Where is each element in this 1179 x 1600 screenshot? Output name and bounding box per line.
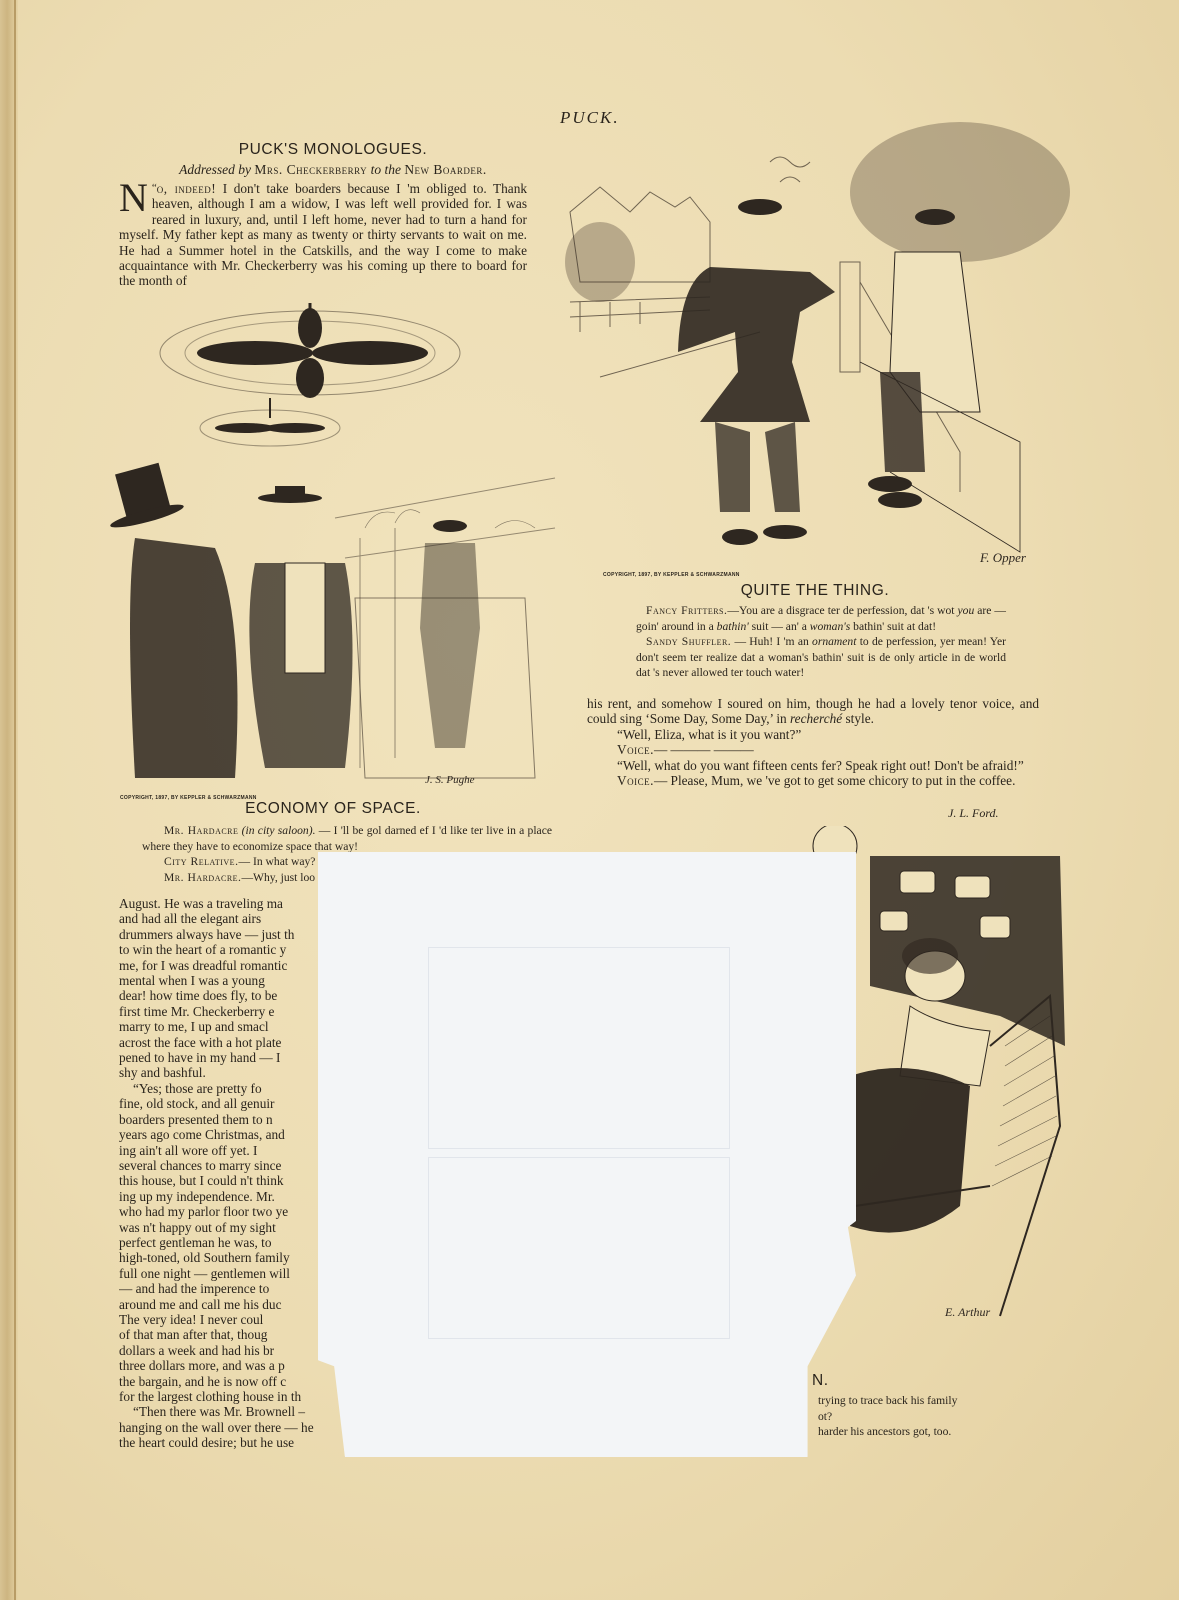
column-line: pened to have in my hand — I — [119, 1050, 344, 1065]
author-signature: J. L. Ford. — [948, 806, 999, 821]
illustration-economy-of-space: J. S. Pughe — [95, 298, 560, 793]
subtitle-part: Mrs. Checkerberry — [254, 162, 367, 177]
speaker: Sandy Shuffler. — [646, 635, 731, 648]
first-words: o, indeed! — [157, 181, 216, 196]
paragraph-text: I don't take boarders because I 'm oblig… — [119, 181, 527, 288]
column-line: me, for I was dreadful romantic — [119, 958, 344, 973]
economy-title: ECONOMY OF SPACE. — [118, 800, 548, 818]
svg-text:F. Opper: F. Opper — [979, 550, 1027, 565]
column-line: three dollars more, and was a p — [119, 1358, 344, 1373]
column-line: around me and call me his duc — [119, 1297, 344, 1312]
column-line: hanging on the wall over there — he — [119, 1420, 344, 1435]
column-line: dollars a week and had his br — [119, 1343, 344, 1358]
bathing-suit-drawing: F. Opper — [560, 112, 1070, 570]
binding-line — [14, 0, 16, 1600]
column-line: mental when I was a young — [119, 973, 344, 988]
speaker: Mr. Hardacre. — [164, 871, 241, 884]
paragraph: Voice.— ——— ——— — [587, 742, 1039, 757]
line-text: — In what way? — [238, 855, 315, 868]
illustration-quite-the-thing: F. Opper — [560, 112, 1070, 570]
column-line: marry to me, I up and smacl — [119, 1019, 344, 1034]
subtitle-part: to the — [371, 162, 401, 177]
column-line: full one night — gentlemen will — [119, 1266, 344, 1281]
column-line: several chances to marry since — [119, 1158, 344, 1173]
speaker: Mr. Hardacre — [164, 824, 238, 837]
column-line: of that man after that, thoug — [119, 1327, 344, 1342]
column-line: boarders presented them to n — [119, 1112, 344, 1127]
column-line: years ago come Christmas, and — [119, 1127, 344, 1142]
column-line: was n't happy out of my sight — [119, 1220, 344, 1235]
column-line: drummers always have — just th — [119, 927, 344, 942]
paragraph: Voice.— Please, Mum, we 've got to get s… — [587, 773, 1039, 788]
paper-repair-patch — [318, 852, 856, 1457]
paragraph: “Well, Eliza, what is it you want?” — [587, 727, 1039, 742]
column-line: this house, but I could n't think — [119, 1173, 344, 1188]
dialogue-line: Fancy Fritters.—You are a disgrace ter d… — [636, 603, 1006, 634]
column-line: first time Mr. Checkerberry e — [119, 1004, 344, 1019]
subtitle-part: New Boarder. — [404, 162, 487, 177]
monologue-continuation: his rent, and somehow I soured on him, t… — [587, 696, 1039, 788]
partial-line: ot? — [818, 1409, 1018, 1425]
column-line: the heart could desire; but he use — [119, 1435, 344, 1450]
column-line: to win the heart of a romantic y — [119, 942, 344, 957]
patch-show-through — [428, 947, 730, 1149]
speaker: Fancy Fritters. — [646, 604, 727, 617]
column-line: dear! how time does fly, to be — [119, 988, 344, 1003]
column-line: who had my parlor floor two ye — [119, 1204, 344, 1219]
column-line: fine, old stock, and all genuir — [119, 1096, 344, 1111]
monologue-left-column: August. He was a traveling maand had all… — [119, 896, 344, 1451]
column-line: — and had the imperence to — [119, 1281, 344, 1296]
monologue-subtitle: Addressed by Mrs. Checkerberry to the Ne… — [118, 162, 548, 178]
column-line: perfect gentleman he was, to — [119, 1235, 344, 1250]
column-line: “Then there was Mr. Brownell – — [119, 1404, 344, 1419]
paragraph: his rent, and somehow I soured on him, t… — [587, 696, 1039, 727]
speaker: City Relative. — [164, 855, 238, 868]
column-line: “Yes; those are pretty fo — [119, 1081, 344, 1096]
column-line: high-toned, old Southern family — [119, 1250, 344, 1265]
dialogue-line: Sandy Shuffler. — Huh! I 'm an ornament … — [636, 634, 1006, 681]
svg-text:J. S. Pughe: J. S. Pughe — [425, 774, 475, 786]
column-line: and had all the elegant airs — [119, 911, 344, 926]
partial-dialogue: trying to trace back his family ot? hard… — [818, 1393, 1018, 1440]
column-line: acrost the face with a hot plate — [119, 1035, 344, 1050]
monologue-opening-paragraph: “No, indeed! I don't take boarders becau… — [119, 181, 527, 289]
column-line: The very idea! I never coul — [119, 1312, 344, 1327]
paragraph: “Well, what do you want fifteen cents fe… — [587, 758, 1039, 773]
column-line: ing ain't all wore off yet. I — [119, 1143, 344, 1158]
dialogue-line: Mr. Hardacre (in city saloon). — I 'll b… — [142, 823, 552, 854]
svg-text:E. Arthur: E. Arthur — [944, 1305, 990, 1319]
column-line: August. He was a traveling ma — [119, 896, 344, 911]
monologue-title: PUCK'S MONOLOGUES. — [118, 141, 548, 159]
patch-show-through — [428, 1157, 730, 1339]
drop-cap: N — [119, 183, 148, 213]
column-line: the bargain, and he is now off c — [119, 1374, 344, 1389]
partial-line: harder his ancestors got, too. — [818, 1424, 1018, 1440]
column-line: ing up my independence. Mr. — [119, 1189, 344, 1204]
column-line: shy and bashful. — [119, 1065, 344, 1080]
quite-dialogue: Fancy Fritters.—You are a disgrace ter d… — [636, 603, 1006, 681]
subtitle-part: Addressed by — [179, 162, 251, 177]
partial-title: N. — [812, 1372, 829, 1390]
partial-line: trying to trace back his family — [818, 1393, 1018, 1409]
column-line: for the largest clothing house in th — [119, 1389, 344, 1404]
line-text: —Why, just loo — [241, 871, 315, 884]
quite-title: QUITE THE THING. — [590, 582, 1040, 600]
saloon-drawing: J. S. Pughe — [95, 298, 560, 793]
copyright-quite: COPYRIGHT, 1897, BY KEPPLER & SCHWARZMAN… — [603, 572, 740, 578]
stage-direction: (in city saloon). — [242, 824, 316, 837]
